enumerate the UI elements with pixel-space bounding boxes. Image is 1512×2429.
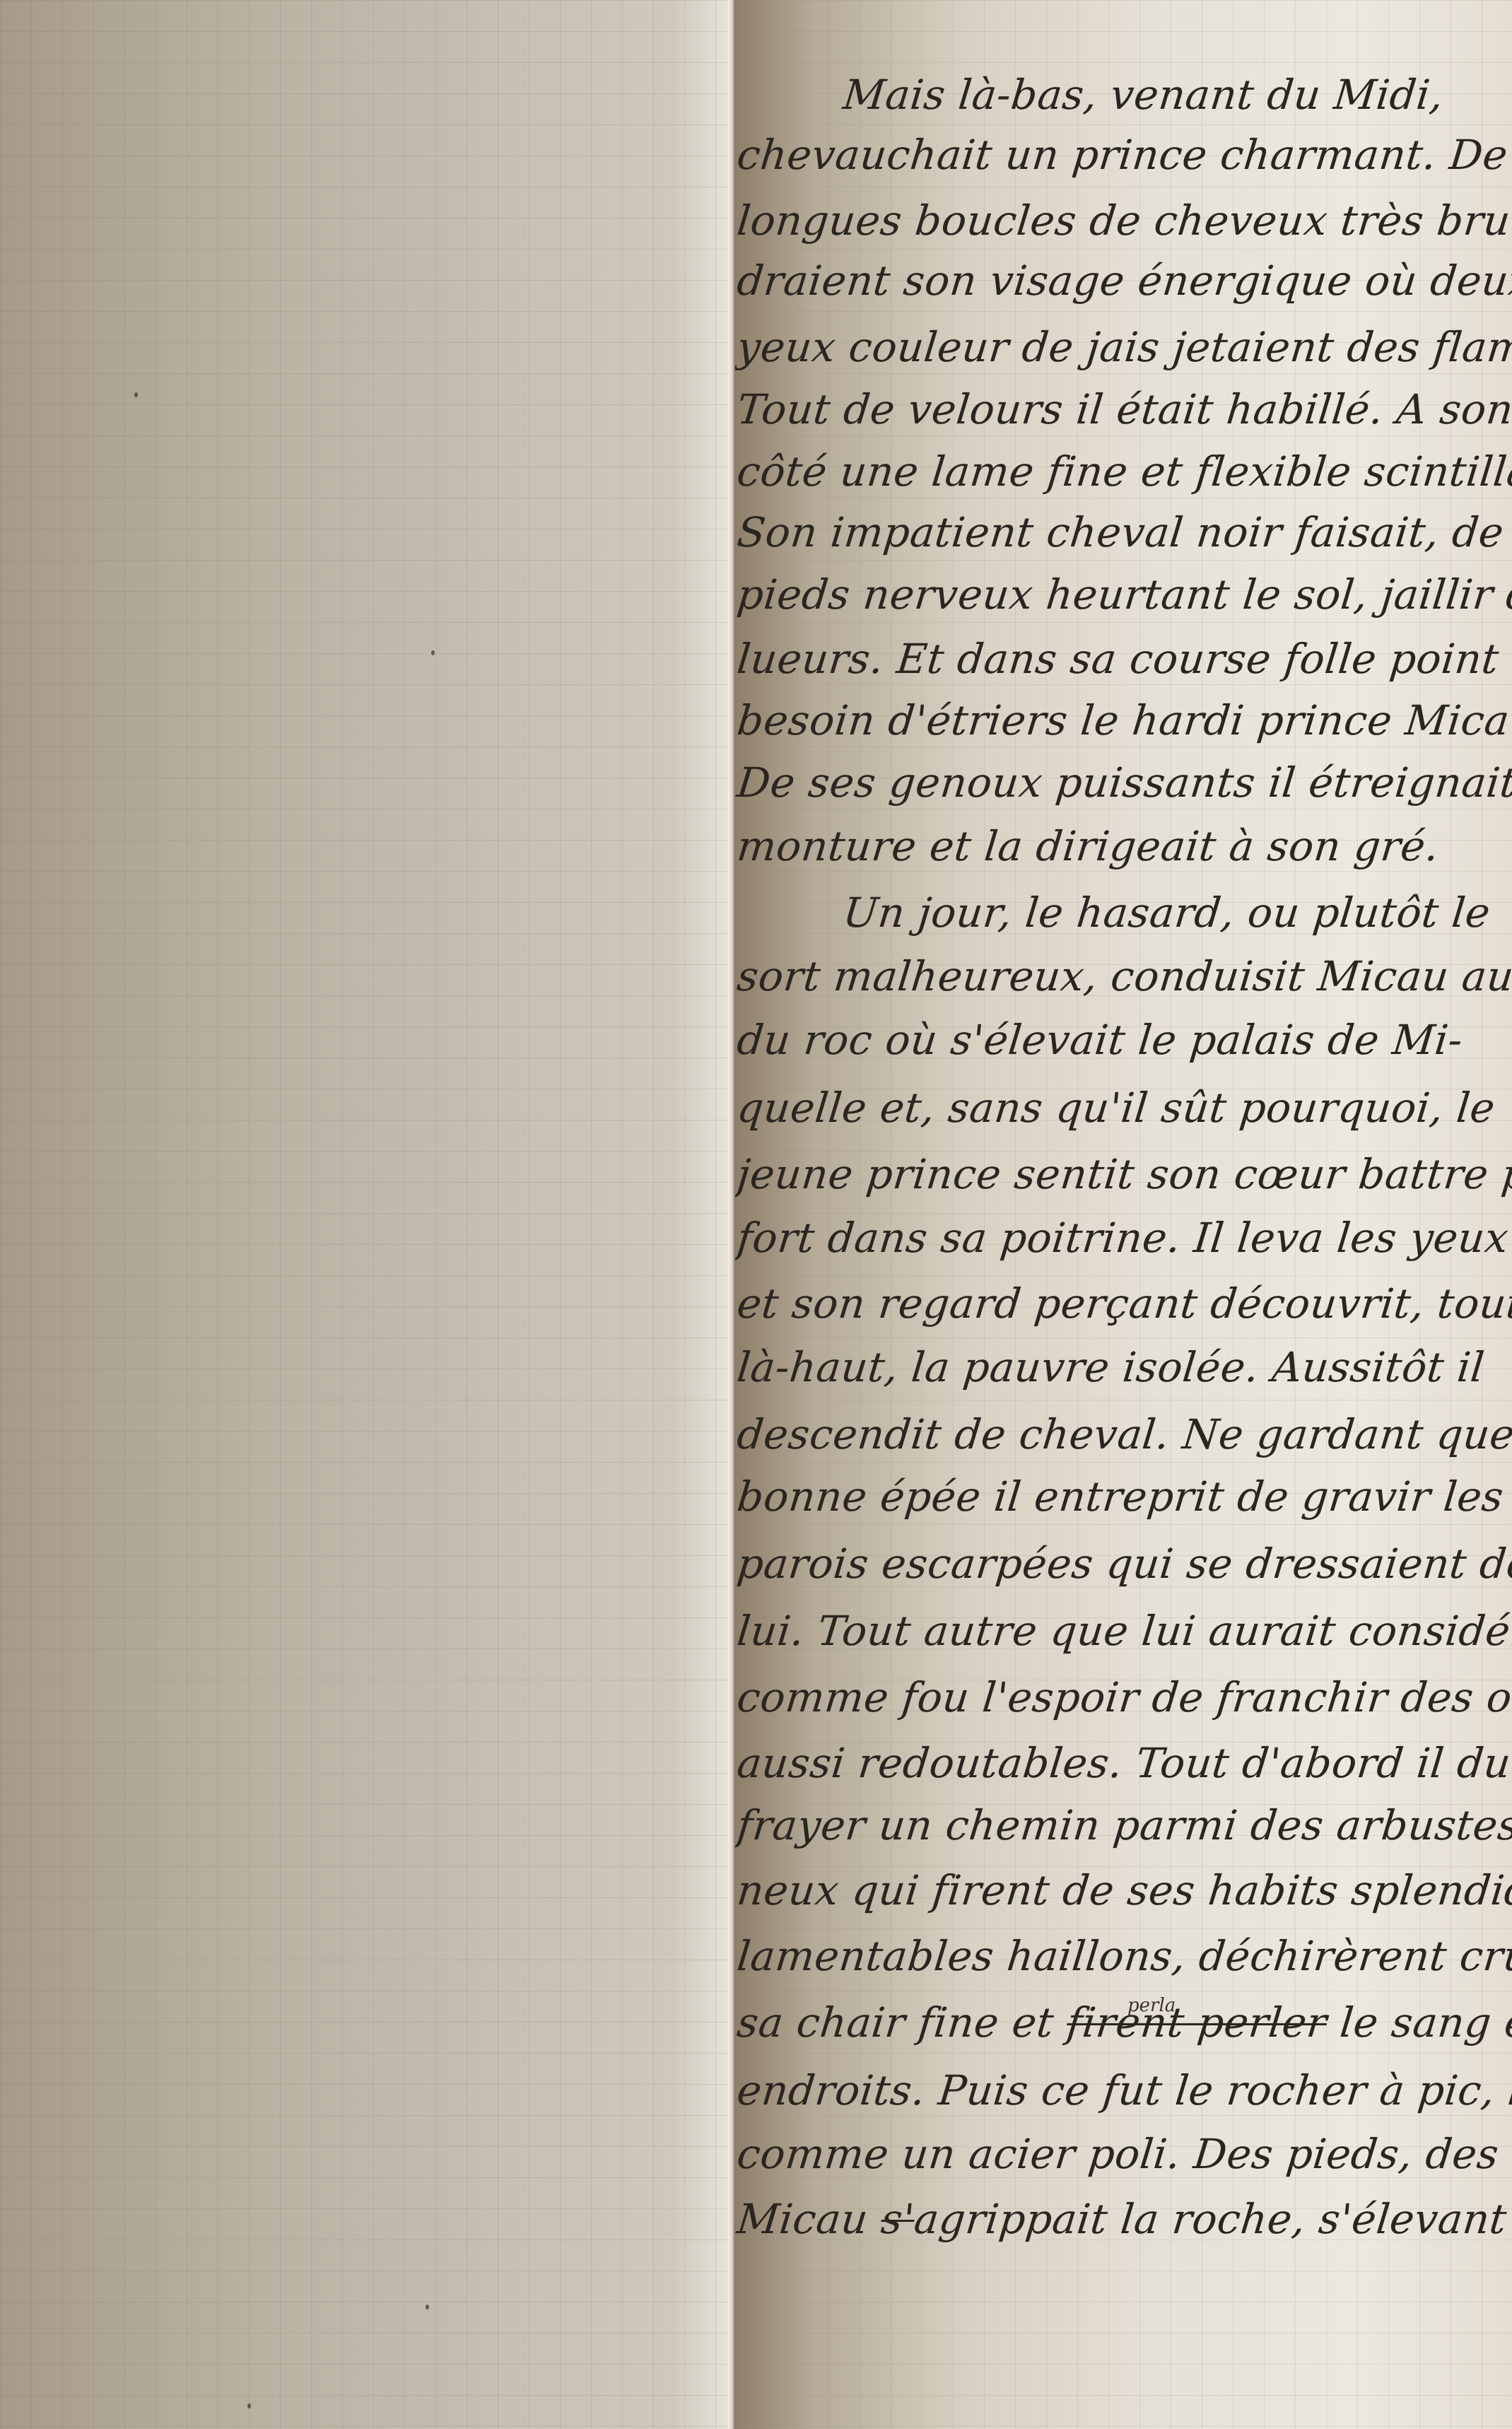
struck-text: firent perler [1065, 1998, 1330, 2047]
manuscript-line: lui. Tout autre que lui aurait considéré [735, 1610, 1512, 1651]
manuscript-line: monture et la dirigeait à son gré. [735, 826, 1441, 867]
ink-spot [426, 2305, 429, 2310]
manuscript-line: Son impatient cheval noir faisait, de se… [735, 512, 1512, 553]
manuscript-line: quelle et, sans qu'il sût pourquoi, le [735, 1087, 1497, 1128]
line-text: le sang en maints [1325, 1998, 1512, 2047]
manuscript-line: draient son visage énergique où deux gra… [735, 260, 1512, 301]
manuscript-line: pieds nerveux heurtant le sol, jaillir d… [735, 574, 1512, 615]
manuscript-line: lueurs. Et dans sa course folle point n'… [735, 638, 1512, 679]
manuscript-line: bonne épée il entreprit de gravir les [735, 1476, 1506, 1517]
left-page-blank [0, 0, 732, 2429]
manuscript-line: et son regard perçant découvrit, tout [735, 1283, 1512, 1324]
manuscript-line: sort malheureux, conduisit Micau au pied [735, 956, 1512, 997]
manuscript-line: aussi redoutables. Tout d'abord il dut s… [735, 1743, 1512, 1784]
line-text: agrippait la roche, s'élevant à [912, 2195, 1512, 2243]
ink-spot [247, 2404, 251, 2408]
manuscript-line: comme fou l'espoir de franchir des obsta… [735, 1677, 1512, 1718]
line-text: Micau [735, 2195, 884, 2243]
manuscript-line-with-correction: sa chair fine et firent perler le sang e… [735, 2002, 1512, 2043]
ink-spot [134, 392, 138, 397]
manuscript-line: lamentables haillons, déchirèrent cruell… [735, 1936, 1512, 1977]
manuscript-line: besoin d'étriers le hardi prince Micau. [735, 700, 1512, 741]
inserted-correction: perla [1127, 1995, 1176, 2016]
manuscript-line: du roc où s'élevait le palais de Mi- [735, 1019, 1465, 1060]
ink-spot [431, 650, 435, 655]
manuscript-line: neux qui firent de ses habits splendides… [735, 1870, 1512, 1911]
right-page-manuscript: Mais là-bas, venant du Midi, chevauchait… [735, 0, 1512, 2429]
manuscript-line: endroits. Puis ce fut le rocher à pic, l… [735, 2070, 1512, 2111]
manuscript-line: chevauchait un prince charmant. De [735, 134, 1510, 175]
line-text: sa chair fine et [735, 1998, 1069, 2047]
manuscript-line: De ses genoux puissants il étreignait sa [735, 762, 1512, 803]
page-fold [728, 0, 735, 2429]
manuscript-line: comme un acier poli. Des pieds, des main… [735, 2134, 1512, 2175]
manuscript-line-with-correction: Micau s'agrippait la roche, s'élevant à [735, 2199, 1512, 2240]
manuscript-line: Mais là-bas, venant du Midi, [735, 74, 1446, 115]
manuscript-line: yeux couleur de jais jetaient des flamme… [735, 327, 1512, 368]
manuscript-line: longues boucles de cheveux très bruns en… [735, 200, 1512, 241]
manuscript-line: fort dans sa poitrine. Il leva les yeux [735, 1217, 1511, 1258]
struck-text: s' [879, 2195, 917, 2243]
manuscript-line: parois escarpées qui se dressaient devan… [735, 1543, 1512, 1584]
manuscript-line: Un jour, le hasard, ou plutôt le [735, 892, 1492, 933]
manuscript-line: frayer un chemin parmi des arbustes épi- [735, 1805, 1512, 1846]
manuscript-line: descendit de cheval. Ne gardant que sa [735, 1414, 1512, 1455]
manuscript-line: là-haut, la pauvre isolée. Aussitôt il [735, 1347, 1487, 1388]
manuscript-line: côté une lame fine et flexible scintilla… [735, 451, 1512, 492]
manuscript-line: Tout de velours il était habillé. A son [735, 389, 1512, 430]
manuscript-line: jeune prince sentit son cœur battre plus [735, 1154, 1512, 1195]
